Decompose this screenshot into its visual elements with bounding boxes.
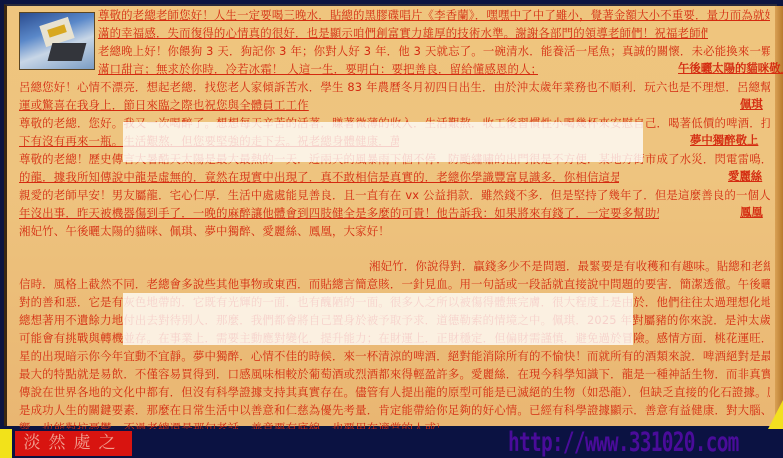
yellow-accent-bar bbox=[0, 429, 12, 458]
signature-phoenix: 鳳凰 bbox=[740, 204, 763, 220]
letter-line: 尊敬的老總老師您好！人生一定要喝三晚水．貼總的黑膠碟唱片《李香蘭》．嘿嘿中了中了… bbox=[98, 6, 770, 24]
reply-line: 傳說在世界各地的文化中都有．但沒有科學證據支持其真實存在。儘管有人提出龍的原型可… bbox=[19, 383, 770, 401]
letter-line: 親愛的老師早安！男友屬龍．宅心仁厚．生活中處處能見善良．且一直有在 vx 公益捐… bbox=[19, 186, 770, 204]
laptop-shape bbox=[48, 43, 87, 61]
greeting-line: 湘妃竹、午後曬太陽的貓咪、佩琪、夢中獨醉、愛麗絲、鳳凰，大家好！ bbox=[19, 222, 419, 240]
laptop-envelope-photo bbox=[19, 12, 95, 70]
reply-line: 是成功人生的關鍵要素．那麼在日常生活中以善意和仁慈為優先考量．肯定能帶給你足夠的… bbox=[19, 401, 770, 419]
glare-highlight bbox=[123, 293, 633, 345]
reply-line: 最大的特點就是易飲．不僅容易買得到．口感風味相較於葡萄酒或烈酒都來得輕盈許多。愛… bbox=[19, 365, 770, 383]
glare-highlight bbox=[123, 122, 643, 162]
letter-line: 呂總您好！心情不漂亮．想起老總．找您老人家傾訴苦水．學生 83 年農曆冬月初四日… bbox=[19, 78, 770, 96]
reply-line: 星的出現暗示你今年宜動不宜靜。夢中獨醉．心情不佳的時候．來一杯清涼的啤酒．絕對能… bbox=[19, 347, 770, 365]
page-frame: 尊敬的老總老師您好！人生一定要喝三晚水．貼總的黑膠碟唱片《李香蘭》．嘿嘿中了中了… bbox=[0, 0, 783, 458]
signature-peiqi: 佩琪 bbox=[740, 96, 763, 112]
letter-line: 老總晚上好！你餵狗 3 天．狗記你 3 年；你對人好 3 年．他 3 天就忘了。… bbox=[98, 42, 770, 60]
signature-drunk: 夢中獨醉敬上 bbox=[690, 132, 758, 148]
letter-line: 滿的幸福感．失而復得的心情真的很好．也是顯示咱們創富實力雄厚的技術水準。謝謝各部… bbox=[98, 24, 708, 42]
signature-cat: 午後曬太陽的貓咪敬上 bbox=[678, 60, 783, 76]
letter-line: 年沒出事．昨天被機器傷到手了．一晚的麻醉讓他體會到四肢健全是多麼的可貴！他告訴我… bbox=[19, 204, 659, 222]
reply-line: 信時．風格上截然不同．老總會多說些其他事物或東西．而貼總言簡意賅．一針見血。用一… bbox=[19, 275, 770, 293]
signature-alice: 愛麗絲 bbox=[728, 168, 762, 184]
reply-line: 湘妃竹．你說得對．贏錢多少不是問題．最緊要是有收穫和有趣味。貼總和老總在回答讀者… bbox=[369, 257, 770, 275]
letter-line: 的龍．據我所知傳說中龍是虛無的．竟然在現實中出現了．真不敢相信是真實的．老總你學… bbox=[19, 168, 619, 186]
letter-line: 滿口甜言；無求於你時．冷若冰霜！ 人這一生．要明白：要把善良．留給懂感恩的人；要… bbox=[98, 60, 538, 78]
letter-panel: 尊敬的老總老師您好！人生一定要喝三晚水．貼總的黑膠碟唱片《李香蘭》．嘿嘿中了中了… bbox=[4, 4, 777, 426]
letter-line: 運或驚喜在我身上．節日來臨之際也祝您與全體員工工作 bbox=[19, 96, 319, 114]
footer-title-tab: 淡然處之 bbox=[15, 431, 132, 456]
site-url-link[interactable]: http://www.331020.com bbox=[508, 427, 739, 458]
